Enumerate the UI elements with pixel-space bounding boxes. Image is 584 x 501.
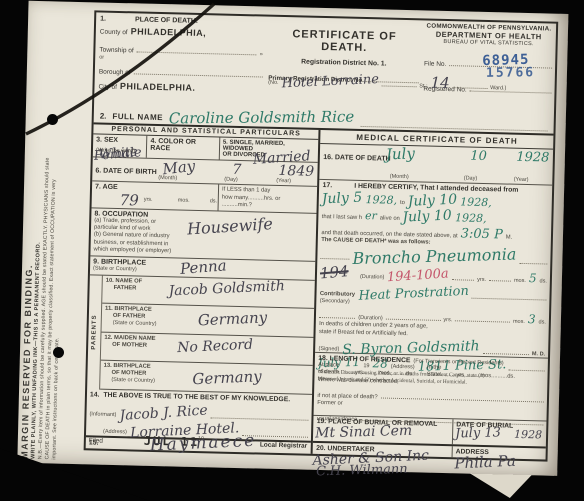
informant-label: (Informant) <box>89 411 116 418</box>
cause-tail-blank <box>519 251 548 265</box>
death-certificate-card: MARGIN RESERVED FOR BINDING. WRITE PLAIN… <box>17 1 568 476</box>
registrar-signature: Haymaece <box>150 434 257 454</box>
duration1-mos: mos. <box>514 278 526 284</box>
dod-year-caption: (Year) <box>514 177 529 183</box>
burial-place-handwritten: Mt Sinai Cem <box>315 425 412 440</box>
alive-date-handwritten: July 10 <box>403 210 453 225</box>
race-label: 4. COLOR OR RACE <box>150 138 216 154</box>
fullname-blank <box>360 114 548 132</box>
section-mark: » <box>260 51 263 57</box>
fullname-label: FULL NAME <box>112 112 163 122</box>
sex-label: 3. SEX <box>96 136 143 144</box>
parents-block: PARENTS 10. NAME OF FATHER Jacob Goldsmi… <box>87 275 315 394</box>
attended-to-handwritten: July 10 <box>408 194 458 209</box>
street-blank <box>382 73 417 87</box>
item17-number: 17. <box>322 182 332 189</box>
duration2-ds: ds. <box>538 320 545 326</box>
item14-number: 14. <box>90 391 100 398</box>
duration2-yrs-blank <box>386 307 441 321</box>
commonwealth-block: COMMONWEALTH OF PENNSYLVANIA. DEPARTMENT… <box>420 20 556 107</box>
ward-handwritten: 14 <box>430 77 449 91</box>
duration2-lead-blank <box>319 305 355 319</box>
binding-margin: MARGIN RESERVED FOR BINDING. WRITE PLAIN… <box>19 5 92 460</box>
ward-blank <box>453 75 488 89</box>
mother-handwritten: No Record <box>177 339 253 355</box>
certificate-form: 1. PLACE OF DEATH. County of PHILADELPHI… <box>84 10 559 461</box>
fullname-handwritten: Caroline Goldsmith Rice <box>169 110 355 125</box>
township-label: Township of <box>99 47 133 55</box>
county-label: County of <box>100 29 128 37</box>
file-no-label: File No. <box>424 60 447 68</box>
burial-date-handwritten: July 13 <box>455 427 501 440</box>
attended-to-year: 1928, <box>460 197 492 208</box>
city-value: PHILADELPHIA. <box>120 81 196 93</box>
local-registrar-label: Local Registrar <box>260 442 307 450</box>
personal-column: PERSONAL AND STATISTICAL PARTICULARS 3. … <box>86 124 321 453</box>
punch-hole-bottom <box>53 347 64 358</box>
certification-row: 17. I HEREBY CERTIFY, That I attended de… <box>315 180 552 359</box>
item14-text: THE ABOVE IS TRUE TO THE BEST OF MY KNOW… <box>103 392 290 404</box>
alive-year: 1928, <box>455 214 487 225</box>
duration2-ds-handwritten: 3 <box>528 314 536 325</box>
cause-lead-blank <box>321 246 350 260</box>
punch-hole-top <box>47 114 58 125</box>
borough-label: Borough of <box>99 69 131 77</box>
less-than-day-line3: ..........min.? <box>222 201 315 210</box>
age-ds-caption: ds. <box>210 198 217 204</box>
informant-blank <box>211 405 310 420</box>
duration2-label: (Duration) <box>358 315 383 322</box>
last-saw-text: that I last saw h <box>322 214 362 222</box>
cause-code-crossed: 194 <box>320 266 350 282</box>
residence-ifnot-blank <box>381 385 545 402</box>
birthplace-handwritten: Penna <box>180 259 227 276</box>
dob-day-handwritten: 7 <box>232 164 241 177</box>
certificate-title: CERTIFICATE OF DEATH. <box>269 28 420 56</box>
signed-label: (Signed) <box>318 346 339 353</box>
occupation-row: 8. OCCUPATION (a) Trade, profession, or … <box>90 208 317 262</box>
dod-label: 16. DATE OF DEATH <box>323 154 391 163</box>
or-word: or <box>99 55 104 61</box>
duration1-mos-blank <box>489 269 511 283</box>
burial-year-handwritten: 1928 <box>514 430 542 441</box>
to-word: to <box>400 200 405 207</box>
attended-from-handwritten: July 5 <box>322 192 363 206</box>
dod-year-handwritten: 1928 <box>516 152 549 164</box>
attended-from-year: 1928, <box>365 195 397 206</box>
medical-column: MEDICAL CERTIFICATE OF DEATH 16. DATE OF… <box>313 130 553 460</box>
registration-district: Registration District No. 1. <box>269 58 419 69</box>
st-label: St.; <box>419 83 427 89</box>
undertaker-signature: C.H. Wilmann <box>316 464 408 478</box>
dod-day-handwritten: 10 <box>470 151 487 163</box>
township-blank <box>137 39 257 55</box>
contributory-blank <box>471 286 546 301</box>
cause-code-red: 194-100a <box>387 269 449 285</box>
no-paren-label: (No. <box>268 80 279 86</box>
duration1-ds: ds. <box>539 279 546 285</box>
city-label: City of <box>98 84 117 91</box>
informant-handwritten: Jacob J. Rice <box>119 404 208 422</box>
length-of-residence-row: 18. LENGTH OF RESIDENCE (For Transients … <box>314 353 548 422</box>
age-yrs-caption: yrs. <box>144 197 153 203</box>
m-label: M. <box>506 234 513 241</box>
father-bp-handwritten: Germany <box>198 311 268 328</box>
age-handwritten: 79 <box>120 194 139 208</box>
md-label: M. D. <box>532 351 545 357</box>
fullname-number: 2. <box>100 112 107 121</box>
last-saw-fill: er <box>365 211 377 221</box>
duration2-mos-blank <box>455 309 510 323</box>
form-header: 1. PLACE OF DEATH. County of PHILADELPHI… <box>94 12 556 107</box>
borough-blank <box>134 61 263 77</box>
occupation-handwritten: Housewife <box>187 217 274 237</box>
dob-day-caption: (Day) <box>224 177 238 183</box>
duration1-yrs-blank <box>452 268 474 282</box>
dob-year-handwritten: 1849 <box>278 165 314 178</box>
duration2-yrs: yrs. <box>443 317 452 323</box>
dod-month-handwritten: July <box>386 148 416 163</box>
item1-number: 1. <box>100 16 106 23</box>
age-mos-caption: mos. <box>178 197 190 203</box>
cause-handwritten: Broncho Pneumonia <box>352 248 516 267</box>
mother-bp-handwritten: Germany <box>192 370 262 387</box>
dob-year-caption: (Year) <box>276 178 291 184</box>
dod-day-caption: (Day) <box>464 176 478 182</box>
dob-month-caption: (Month) <box>158 175 177 181</box>
undertaker-address-handwritten: Phila Pa <box>454 455 516 471</box>
date-of-death-row: 16. DATE OF DEATH July 10 1928 (Month) (… <box>320 144 553 185</box>
informant-address-label: (Address) <box>103 428 127 435</box>
ward-label: Ward.) <box>490 85 506 91</box>
duration2-mos: mos. <box>513 319 525 325</box>
duration1-ds-handwritten: 5 <box>529 274 537 285</box>
certificate-title-block: CERTIFICATE OF DEATH. Registration Distr… <box>266 17 422 105</box>
time-of-death-handwritten: 3:05 P <box>461 228 503 241</box>
alive-on-text: alive on <box>380 216 400 224</box>
photo-background: MARGIN RESERVED FOR BINDING. WRITE PLAIN… <box>0 0 584 501</box>
contributory-handwritten: Heat Prostration <box>358 286 469 303</box>
filed-label: Filed <box>89 437 103 444</box>
duration1-yrs: yrs. <box>477 277 486 283</box>
age-label: 7. AGE <box>95 184 215 194</box>
dob-label: 6. DATE OF BIRTH <box>95 168 156 176</box>
write-word-caption: (Write the word) <box>96 148 135 155</box>
dod-month-caption: (Month) <box>390 174 409 180</box>
street-handwritten: Hotel Lorraine <box>281 74 379 90</box>
place-of-death-title: PLACE OF DEATH. <box>135 16 198 25</box>
parents-label: PARENTS <box>91 315 98 350</box>
place-of-death-block: 1. PLACE OF DEATH. County of PHILADELPHI… <box>94 12 268 100</box>
signed-blank <box>483 341 530 355</box>
duration1-label: (Duration) <box>360 274 385 281</box>
county-value: PHILADELPHIA, <box>131 26 207 38</box>
